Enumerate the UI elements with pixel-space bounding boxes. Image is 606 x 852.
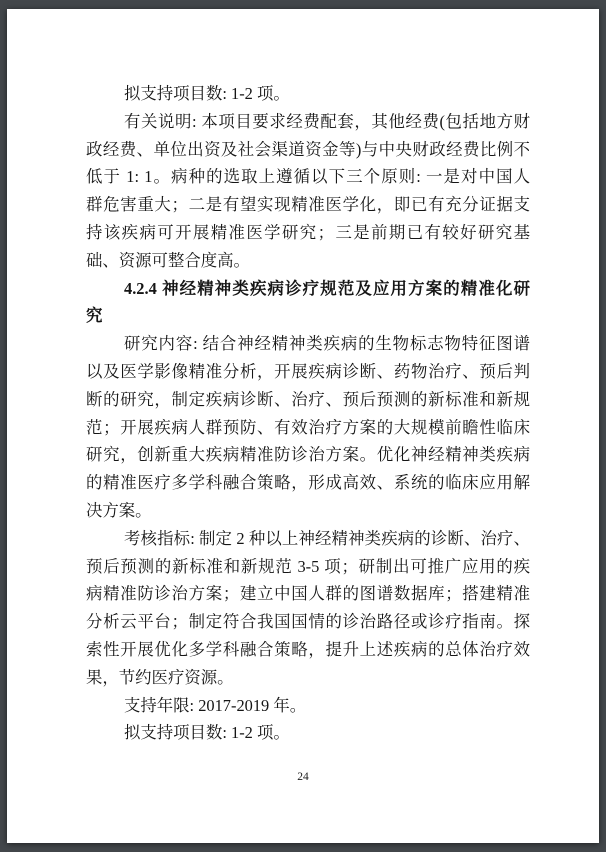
text-line: 预后预测的新标准和新规范 3-5 项；研制出可推广应用的疾 bbox=[86, 553, 530, 581]
text-line: 拟支持项目数: 1-2 项。 bbox=[86, 80, 530, 108]
text-line: 政经费、单位出资及社会渠道资金等)与中央财政经费比例不 bbox=[86, 136, 530, 164]
text-line: 分析云平台；制定符合我国国情的诊治路径或诊疗指南。探 bbox=[86, 608, 530, 636]
text-line: 索性开展优化多学科融合策略，提升上述疾病的总体治疗效 bbox=[86, 636, 530, 664]
text-line: 础、资源可整合度高。 bbox=[86, 247, 530, 275]
text-line: 群危害重大；二是有望实现精准医学化，即已有充分证据支 bbox=[86, 191, 530, 219]
text-line: 的精准医疗多学科融合策略，形成高效、系统的临床应用解 bbox=[86, 469, 530, 497]
section-heading-line: 4.2.4 神经精神类疾病诊疗规范及应用方案的精准化研 bbox=[86, 275, 530, 303]
text-line: 范；开展疾病人群预防、有效治疗方案的大规模前瞻性临床 bbox=[86, 414, 530, 442]
text-line: 研究，创新重大疾病精准防诊治方案。优化神经精神类疾病 bbox=[86, 441, 530, 469]
text-line: 以及医学影像精准分析，开展疾病诊断、药物治疗、预后判 bbox=[86, 358, 530, 386]
pdf-viewer-background: 拟支持项目数: 1-2 项。 有关说明: 本项目要求经费配套，其他经费(包括地方… bbox=[0, 0, 606, 852]
document-page: 拟支持项目数: 1-2 项。 有关说明: 本项目要求经费配套，其他经费(包括地方… bbox=[7, 9, 599, 843]
section-heading-line: 究 bbox=[86, 302, 530, 330]
text-line: 研究内容: 结合神经精神类疾病的生物标志物特征图谱 bbox=[86, 330, 530, 358]
text-line: 果，节约医疗资源。 bbox=[86, 664, 530, 692]
text-line: 支持年限: 2017-2019 年。 bbox=[86, 692, 530, 720]
text-line: 决方案。 bbox=[86, 497, 530, 525]
page-number: 24 bbox=[7, 769, 599, 785]
text-line: 有关说明: 本项目要求经费配套，其他经费(包括地方财 bbox=[86, 108, 530, 136]
text-line: 断的研究，制定疾病诊断、治疗、预后预测的新标准和新规 bbox=[86, 386, 530, 414]
text-line: 考核指标: 制定 2 种以上神经精神类疾病的诊断、治疗、 bbox=[86, 525, 530, 553]
text-line: 拟支持项目数: 1-2 项。 bbox=[86, 719, 530, 747]
text-line: 持该疾病可开展精准医学研究；三是前期已有较好研究基 bbox=[86, 219, 530, 247]
text-line: 低于 1: 1。病种的选取上遵循以下三个原则: 一是对中国人 bbox=[86, 163, 530, 191]
text-line: 病精准防诊治方案；建立中国人群的图谱数据库；搭建精准 bbox=[86, 580, 530, 608]
page-text-block: 拟支持项目数: 1-2 项。 有关说明: 本项目要求经费配套，其他经费(包括地方… bbox=[86, 80, 530, 747]
